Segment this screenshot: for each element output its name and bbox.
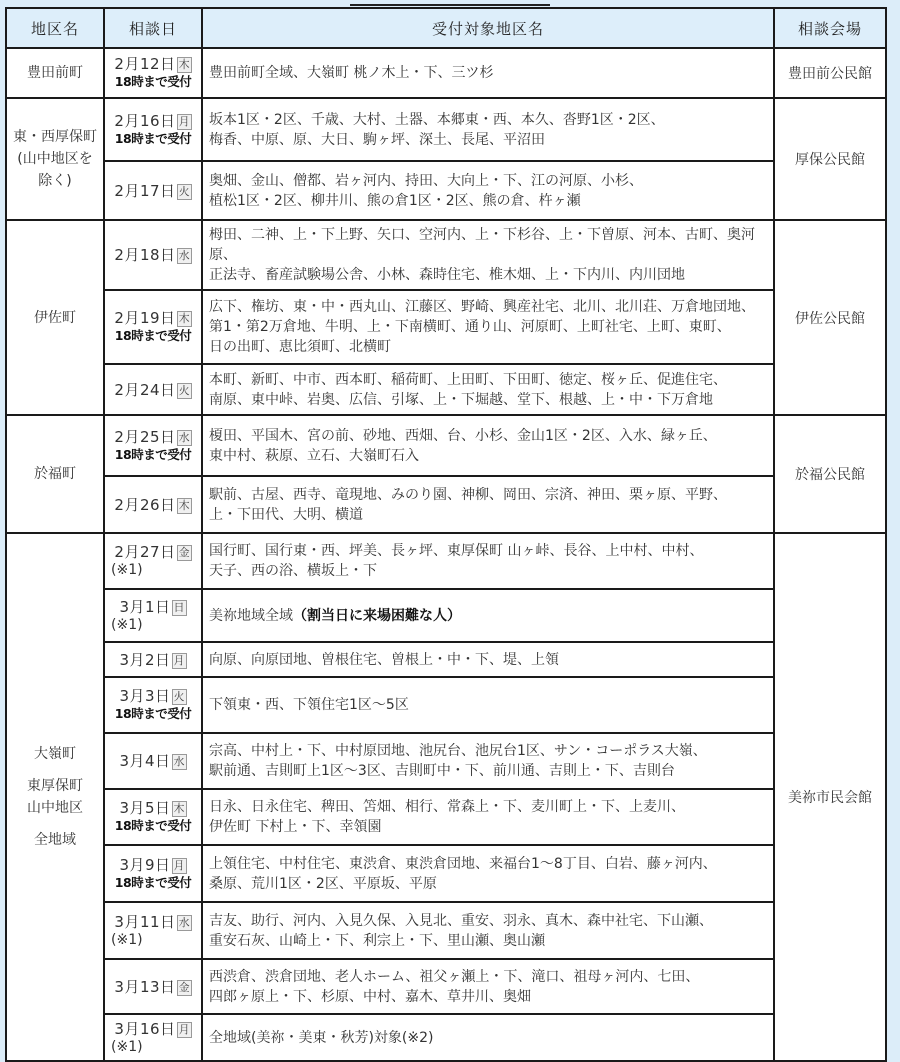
- districts-line: 本町、新町、中市、西本町、稲荷町、上田町、下田町、徳定、桜ヶ丘、促進住宅、: [209, 372, 727, 388]
- date-text: 3月16日: [114, 1020, 175, 1038]
- districts-cell: 上領住宅、中村住宅、東渋倉、東渋倉団地、来福台1～8丁目、白岩、藤ヶ河内、 桑原…: [202, 845, 774, 902]
- area-name-line: 大嶺町: [34, 746, 76, 762]
- date-cell: 3月3日火 18時まで受付: [104, 677, 202, 733]
- late-reception-note: 18時まで受付: [105, 446, 201, 464]
- weekday-badge: 金: [177, 980, 192, 996]
- districts-cell: 宗高、中村上・下、中村原団地、池尻台、池尻台1区、サン・コーポラス大嶺、 駅前通…: [202, 733, 774, 789]
- footnote-marker: (※1): [105, 1038, 201, 1056]
- table-row: 豊田前町 2月12日木 18時まで受付 豊田前町全域、大嶺町 桃ノ木上・下、三ツ…: [6, 48, 886, 98]
- weekday-badge: 月: [177, 114, 192, 130]
- table-row: 3月3日火 18時まで受付 下領東・西、下領住宅1区～5区: [6, 677, 886, 733]
- districts-text: 豊田前町全域、大嶺町 桃ノ木上・下、三ツ杉: [209, 65, 493, 81]
- districts-cell: 全地域(美祢・美東・秋芳)対象(※2): [202, 1014, 774, 1061]
- weekday-badge: 木: [177, 311, 192, 327]
- districts-cell: 栂田、二神、上・下上野、矢口、空河内、上・下杉谷、上・下曽原、河本、古町、奥河原…: [202, 220, 774, 290]
- date-cell: 3月5日木 18時まで受付: [104, 789, 202, 845]
- date-cell: 3月13日金: [104, 959, 202, 1014]
- late-reception-note: 18時まで受付: [105, 130, 201, 148]
- date-text: 3月9日: [119, 856, 170, 874]
- districts-line: 坂本1区・2区、千歳、大村、土器、本郷東・西、本久、沓野1区・2区、: [209, 112, 665, 128]
- area-name-line: 除く): [38, 173, 71, 189]
- table-row: 3月1日日 (※1) 美祢地域全域（割当日に来場困難な人）: [6, 589, 886, 642]
- area-name-line: 全地域: [34, 832, 76, 848]
- districts-emphasis: （割当日に来場困難な人）: [293, 608, 461, 624]
- districts-line: 伊佐町 下村上・下、幸領園: [209, 819, 381, 835]
- venue-cell: 伊佐公民館: [774, 220, 886, 415]
- districts-line: 梅香、中原、原、大日、駒ヶ坪、深土、長尾、平沼田: [209, 132, 545, 148]
- date-cell: 2月19日木 18時まで受付: [104, 290, 202, 364]
- date-cell: 2月17日火: [104, 161, 202, 220]
- date-cell: 2月12日木 18時まで受付: [104, 48, 202, 98]
- footnote-marker: (※1): [105, 616, 201, 634]
- weekday-badge: 木: [177, 57, 192, 73]
- venue-cell: 厚保公民館: [774, 98, 886, 220]
- date-text: 3月4日: [119, 752, 170, 770]
- districts-line: 四郎ヶ原上・下、杉原、中村、嘉木、草井川、奥畑: [209, 989, 531, 1005]
- table-row: 伊佐町 2月18日水 栂田、二神、上・下上野、矢口、空河内、上・下杉谷、上・下曽…: [6, 220, 886, 290]
- districts-line: 東中村、萩原、立石、大嶺町石入: [209, 448, 419, 464]
- districts-cell: 豊田前町全域、大嶺町 桃ノ木上・下、三ツ杉: [202, 48, 774, 98]
- consultation-schedule-table: 地区名 相談日 受付対象地区名 相談会場 豊田前町 2月12日木 18時まで受付…: [5, 7, 887, 1062]
- weekday-badge: 水: [177, 915, 192, 931]
- date-cell: 2月18日水: [104, 220, 202, 290]
- districts-line: 榎田、平国木、宮の前、砂地、西畑、台、小杉、金山1区・2区、入水、緑ヶ丘、: [209, 428, 717, 444]
- date-text: 2月17日: [114, 182, 175, 200]
- date-text: 2月24日: [114, 381, 175, 399]
- area-cell: 大嶺町 東厚保町 山中地区 全地域: [6, 533, 104, 1061]
- districts-cell: 下領東・西、下領住宅1区～5区: [202, 677, 774, 733]
- districts-line: 国行町、国行東・西、坪美、長ヶ坪、東厚保町 山ヶ峠、長谷、上中村、中村、: [209, 543, 703, 559]
- districts-line: 日の出町、恵比須町、北横町: [209, 339, 391, 355]
- late-reception-note: 18時まで受付: [105, 817, 201, 835]
- table-row: 3月13日金 西渋倉、渋倉団地、老人ホーム、祖父ヶ瀬上・下、滝口、祖母ヶ河内、七…: [6, 959, 886, 1014]
- area-cell: 東・西厚保町 (山中地区を 除く): [6, 98, 104, 220]
- area-cell: 於福町: [6, 415, 104, 533]
- weekday-badge: 火: [177, 383, 192, 399]
- header-date: 相談日: [104, 8, 202, 48]
- area-name-line: 東・西厚保町: [13, 129, 97, 145]
- date-cell: 2月24日火: [104, 364, 202, 415]
- districts-line: 日永、日永住宅、稗田、笘畑、相行、常森上・下、麦川町上・下、上麦川、: [209, 799, 685, 815]
- table-row: 2月19日木 18時まで受付 広下、権坊、東・中・西丸山、江藤区、野崎、興産社宅…: [6, 290, 886, 364]
- date-cell: 3月4日水: [104, 733, 202, 789]
- weekday-badge: 火: [172, 689, 187, 705]
- districts-text: 全地域(美祢・美東・秋芳)対象(※2): [209, 1030, 434, 1046]
- districts-cell: 駅前、古屋、西寺、竜現地、みのり園、神柳、岡田、宗済、神田、栗ヶ原、平野、 上・…: [202, 476, 774, 533]
- table-row: 3月4日水 宗高、中村上・下、中村原団地、池尻台、池尻台1区、サン・コーポラス大…: [6, 733, 886, 789]
- weekday-badge: 日: [172, 600, 187, 616]
- venue-name: 伊佐公民館: [795, 311, 865, 327]
- weekday-badge: 水: [177, 430, 192, 446]
- districts-line: 吉友、助行、河内、入見久保、入見北、重安、羽永、真木、森中社宅、下山瀬、: [209, 913, 713, 929]
- table-row: 3月5日木 18時まで受付 日永、日永住宅、稗田、笘畑、相行、常森上・下、麦川町…: [6, 789, 886, 845]
- districts-cell: 西渋倉、渋倉団地、老人ホーム、祖父ヶ瀬上・下、滝口、祖母ヶ河内、七田、 四郎ヶ原…: [202, 959, 774, 1014]
- districts-text: 下領東・西、下領住宅1区～5区: [209, 697, 409, 713]
- districts-cell: 広下、権坊、東・中・西丸山、江藤区、野崎、興産社宅、北川、北川荘、万倉地団地、 …: [202, 290, 774, 364]
- districts-line: 駅前通、吉則町上1区～3区、吉則町中・下、前川通、吉則上・下、吉則台: [209, 763, 675, 779]
- districts-cell: 国行町、国行東・西、坪美、長ヶ坪、東厚保町 山ヶ峠、長谷、上中村、中村、 天子、…: [202, 533, 774, 589]
- date-text: 2月12日: [114, 55, 175, 73]
- cut-off-heading: [350, 0, 550, 6]
- districts-line: 南原、東中峠、岩奥、広信、引塚、上・下堀越、堂下、根越、上・中・下万倉地: [209, 392, 713, 408]
- table-row: 大嶺町 東厚保町 山中地区 全地域 2月27日金 (※1) 国行町、国行東・西、…: [6, 533, 886, 589]
- weekday-badge: 金: [177, 545, 192, 561]
- date-text: 2月25日: [114, 428, 175, 446]
- date-text: 3月11日: [114, 913, 175, 931]
- date-text: 3月5日: [119, 799, 170, 817]
- weekday-badge: 水: [172, 754, 187, 770]
- districts-line: 植松1区・2区、柳井川、熊の倉1区・2区、熊の倉、杵ヶ瀬: [209, 193, 581, 209]
- districts-cell: 美祢地域全域（割当日に来場困難な人）: [202, 589, 774, 642]
- venue-name: 豊田前公民館: [788, 66, 872, 82]
- districts-line: 西渋倉、渋倉団地、老人ホーム、祖父ヶ瀬上・下、滝口、祖母ヶ河内、七田、: [209, 969, 699, 985]
- districts-line: 栂田、二神、上・下上野、矢口、空河内、上・下杉谷、上・下曽原、河本、古町、奥河原…: [209, 227, 755, 263]
- table-row: 東・西厚保町 (山中地区を 除く) 2月16日月 18時まで受付 坂本1区・2区…: [6, 98, 886, 161]
- header-area: 地区名: [6, 8, 104, 48]
- date-text: 3月3日: [119, 687, 170, 705]
- date-cell: 2月26日木: [104, 476, 202, 533]
- table-row: 2月17日火 奥畑、金山、僧都、岩ヶ河内、持田、大向上・下、江の河原、小杉、 植…: [6, 161, 886, 220]
- date-text: 2月19日: [114, 309, 175, 327]
- venue-cell: 豊田前公民館: [774, 48, 886, 98]
- area-name-line: 東厚保町: [27, 778, 83, 794]
- districts-text: 美祢地域全域: [209, 608, 293, 624]
- date-cell: 2月25日水 18時まで受付: [104, 415, 202, 476]
- date-text: 3月13日: [114, 978, 175, 996]
- table-row: 3月16日月 (※1) 全地域(美祢・美東・秋芳)対象(※2): [6, 1014, 886, 1061]
- table-row: 2月26日木 駅前、古屋、西寺、竜現地、みのり園、神柳、岡田、宗済、神田、栗ヶ原…: [6, 476, 886, 533]
- districts-line: 駅前、古屋、西寺、竜現地、みのり園、神柳、岡田、宗済、神田、栗ヶ原、平野、: [209, 487, 727, 503]
- districts-line: 宗高、中村上・下、中村原団地、池尻台、池尻台1区、サン・コーポラス大嶺、: [209, 743, 707, 759]
- area-cell: 豊田前町: [6, 48, 104, 98]
- venue-name: 於福公民館: [795, 467, 865, 483]
- districts-cell: 榎田、平国木、宮の前、砂地、西畑、台、小杉、金山1区・2区、入水、緑ヶ丘、 東中…: [202, 415, 774, 476]
- date-cell: 3月2日月: [104, 642, 202, 677]
- venue-cell: 於福公民館: [774, 415, 886, 533]
- date-text: 2月16日: [114, 112, 175, 130]
- date-cell: 3月11日水 (※1): [104, 902, 202, 959]
- districts-line: 重安石灰、山崎上・下、利宗上・下、里山瀬、奥山瀬: [209, 933, 545, 949]
- area-cell: 伊佐町: [6, 220, 104, 415]
- districts-cell: 吉友、助行、河内、入見久保、入見北、重安、羽永、真木、森中社宅、下山瀬、 重安石…: [202, 902, 774, 959]
- weekday-badge: 月: [172, 653, 187, 669]
- late-reception-note: 18時まで受付: [105, 874, 201, 892]
- districts-line: 正法寺、畜産試験場公舎、小林、森時住宅、椎木畑、上・下内川、内川団地: [209, 267, 685, 283]
- venue-name: 厚保公民館: [795, 152, 865, 168]
- weekday-badge: 月: [177, 1022, 192, 1038]
- weekday-badge: 火: [177, 184, 192, 200]
- districts-line: 上・下田代、大明、横道: [209, 507, 363, 523]
- table-header-row: 地区名 相談日 受付対象地区名 相談会場: [6, 8, 886, 48]
- date-cell: 2月27日金 (※1): [104, 533, 202, 589]
- weekday-badge: 水: [177, 248, 192, 264]
- date-cell: 3月1日日 (※1): [104, 589, 202, 642]
- venue-cell: 美祢市民会館: [774, 533, 886, 1061]
- date-text: 3月2日: [119, 651, 170, 669]
- area-name-line: 山中地区: [27, 800, 83, 816]
- weekday-badge: 月: [172, 858, 187, 874]
- header-districts: 受付対象地区名: [202, 8, 774, 48]
- table-row: 3月2日月 向原、向原団地、曽根住宅、曽根上・中・下、堤、上領: [6, 642, 886, 677]
- weekday-badge: 木: [177, 498, 192, 514]
- date-text: 2月18日: [114, 246, 175, 264]
- districts-cell: 日永、日永住宅、稗田、笘畑、相行、常森上・下、麦川町上・下、上麦川、 伊佐町 下…: [202, 789, 774, 845]
- late-reception-note: 18時まで受付: [105, 327, 201, 345]
- districts-line: 広下、権坊、東・中・西丸山、江藤区、野崎、興産社宅、北川、北川荘、万倉地団地、: [209, 299, 755, 315]
- late-reception-note: 18時まで受付: [105, 705, 201, 723]
- districts-text: 向原、向原団地、曽根住宅、曽根上・中・下、堤、上領: [209, 652, 559, 668]
- late-reception-note: 18時まで受付: [105, 73, 201, 91]
- districts-cell: 本町、新町、中市、西本町、稲荷町、上田町、下田町、徳定、桜ヶ丘、促進住宅、 南原…: [202, 364, 774, 415]
- footnote-marker: (※1): [105, 561, 201, 579]
- districts-cell: 坂本1区・2区、千歳、大村、土器、本郷東・西、本久、沓野1区・2区、 梅香、中原…: [202, 98, 774, 161]
- table-row: 3月9日月 18時まで受付 上領住宅、中村住宅、東渋倉、東渋倉団地、来福台1～8…: [6, 845, 886, 902]
- area-name: 豊田前町: [27, 65, 83, 81]
- area-name: 伊佐町: [34, 310, 76, 326]
- area-name-line: (山中地区を: [17, 151, 92, 167]
- venue-name: 美祢市民会館: [788, 790, 872, 806]
- table-row: 3月11日水 (※1) 吉友、助行、河内、入見久保、入見北、重安、羽永、真木、森…: [6, 902, 886, 959]
- districts-cell: 向原、向原団地、曽根住宅、曽根上・中・下、堤、上領: [202, 642, 774, 677]
- top-strip: [0, 0, 900, 6]
- date-text: 2月27日: [114, 543, 175, 561]
- districts-line: 桑原、荒川1区・2区、平原坂、平原: [209, 876, 437, 892]
- weekday-badge: 木: [172, 801, 187, 817]
- table-row: 2月24日火 本町、新町、中市、西本町、稲荷町、上田町、下田町、徳定、桜ヶ丘、促…: [6, 364, 886, 415]
- header-venue: 相談会場: [774, 8, 886, 48]
- districts-line: 上領住宅、中村住宅、東渋倉、東渋倉団地、来福台1～8丁目、白岩、藤ヶ河内、: [209, 856, 717, 872]
- footnote-marker: (※1): [105, 931, 201, 949]
- date-cell: 3月9日月 18時まで受付: [104, 845, 202, 902]
- date-text: 2月26日: [114, 496, 175, 514]
- districts-line: 第1・第2万倉地、牛明、上・下南横町、通り山、河原町、上町社宅、上町、東町、: [209, 319, 731, 335]
- date-cell: 3月16日月 (※1): [104, 1014, 202, 1061]
- table-row: 於福町 2月25日水 18時まで受付 榎田、平国木、宮の前、砂地、西畑、台、小杉…: [6, 415, 886, 476]
- date-cell: 2月16日月 18時まで受付: [104, 98, 202, 161]
- districts-cell: 奥畑、金山、僧都、岩ヶ河内、持田、大向上・下、江の河原、小杉、 植松1区・2区、…: [202, 161, 774, 220]
- districts-line: 天子、西の浴、横坂上・下: [209, 563, 377, 579]
- area-name: 於福町: [34, 466, 76, 482]
- date-text: 3月1日: [119, 598, 170, 616]
- districts-line: 奥畑、金山、僧都、岩ヶ河内、持田、大向上・下、江の河原、小杉、: [209, 173, 643, 189]
